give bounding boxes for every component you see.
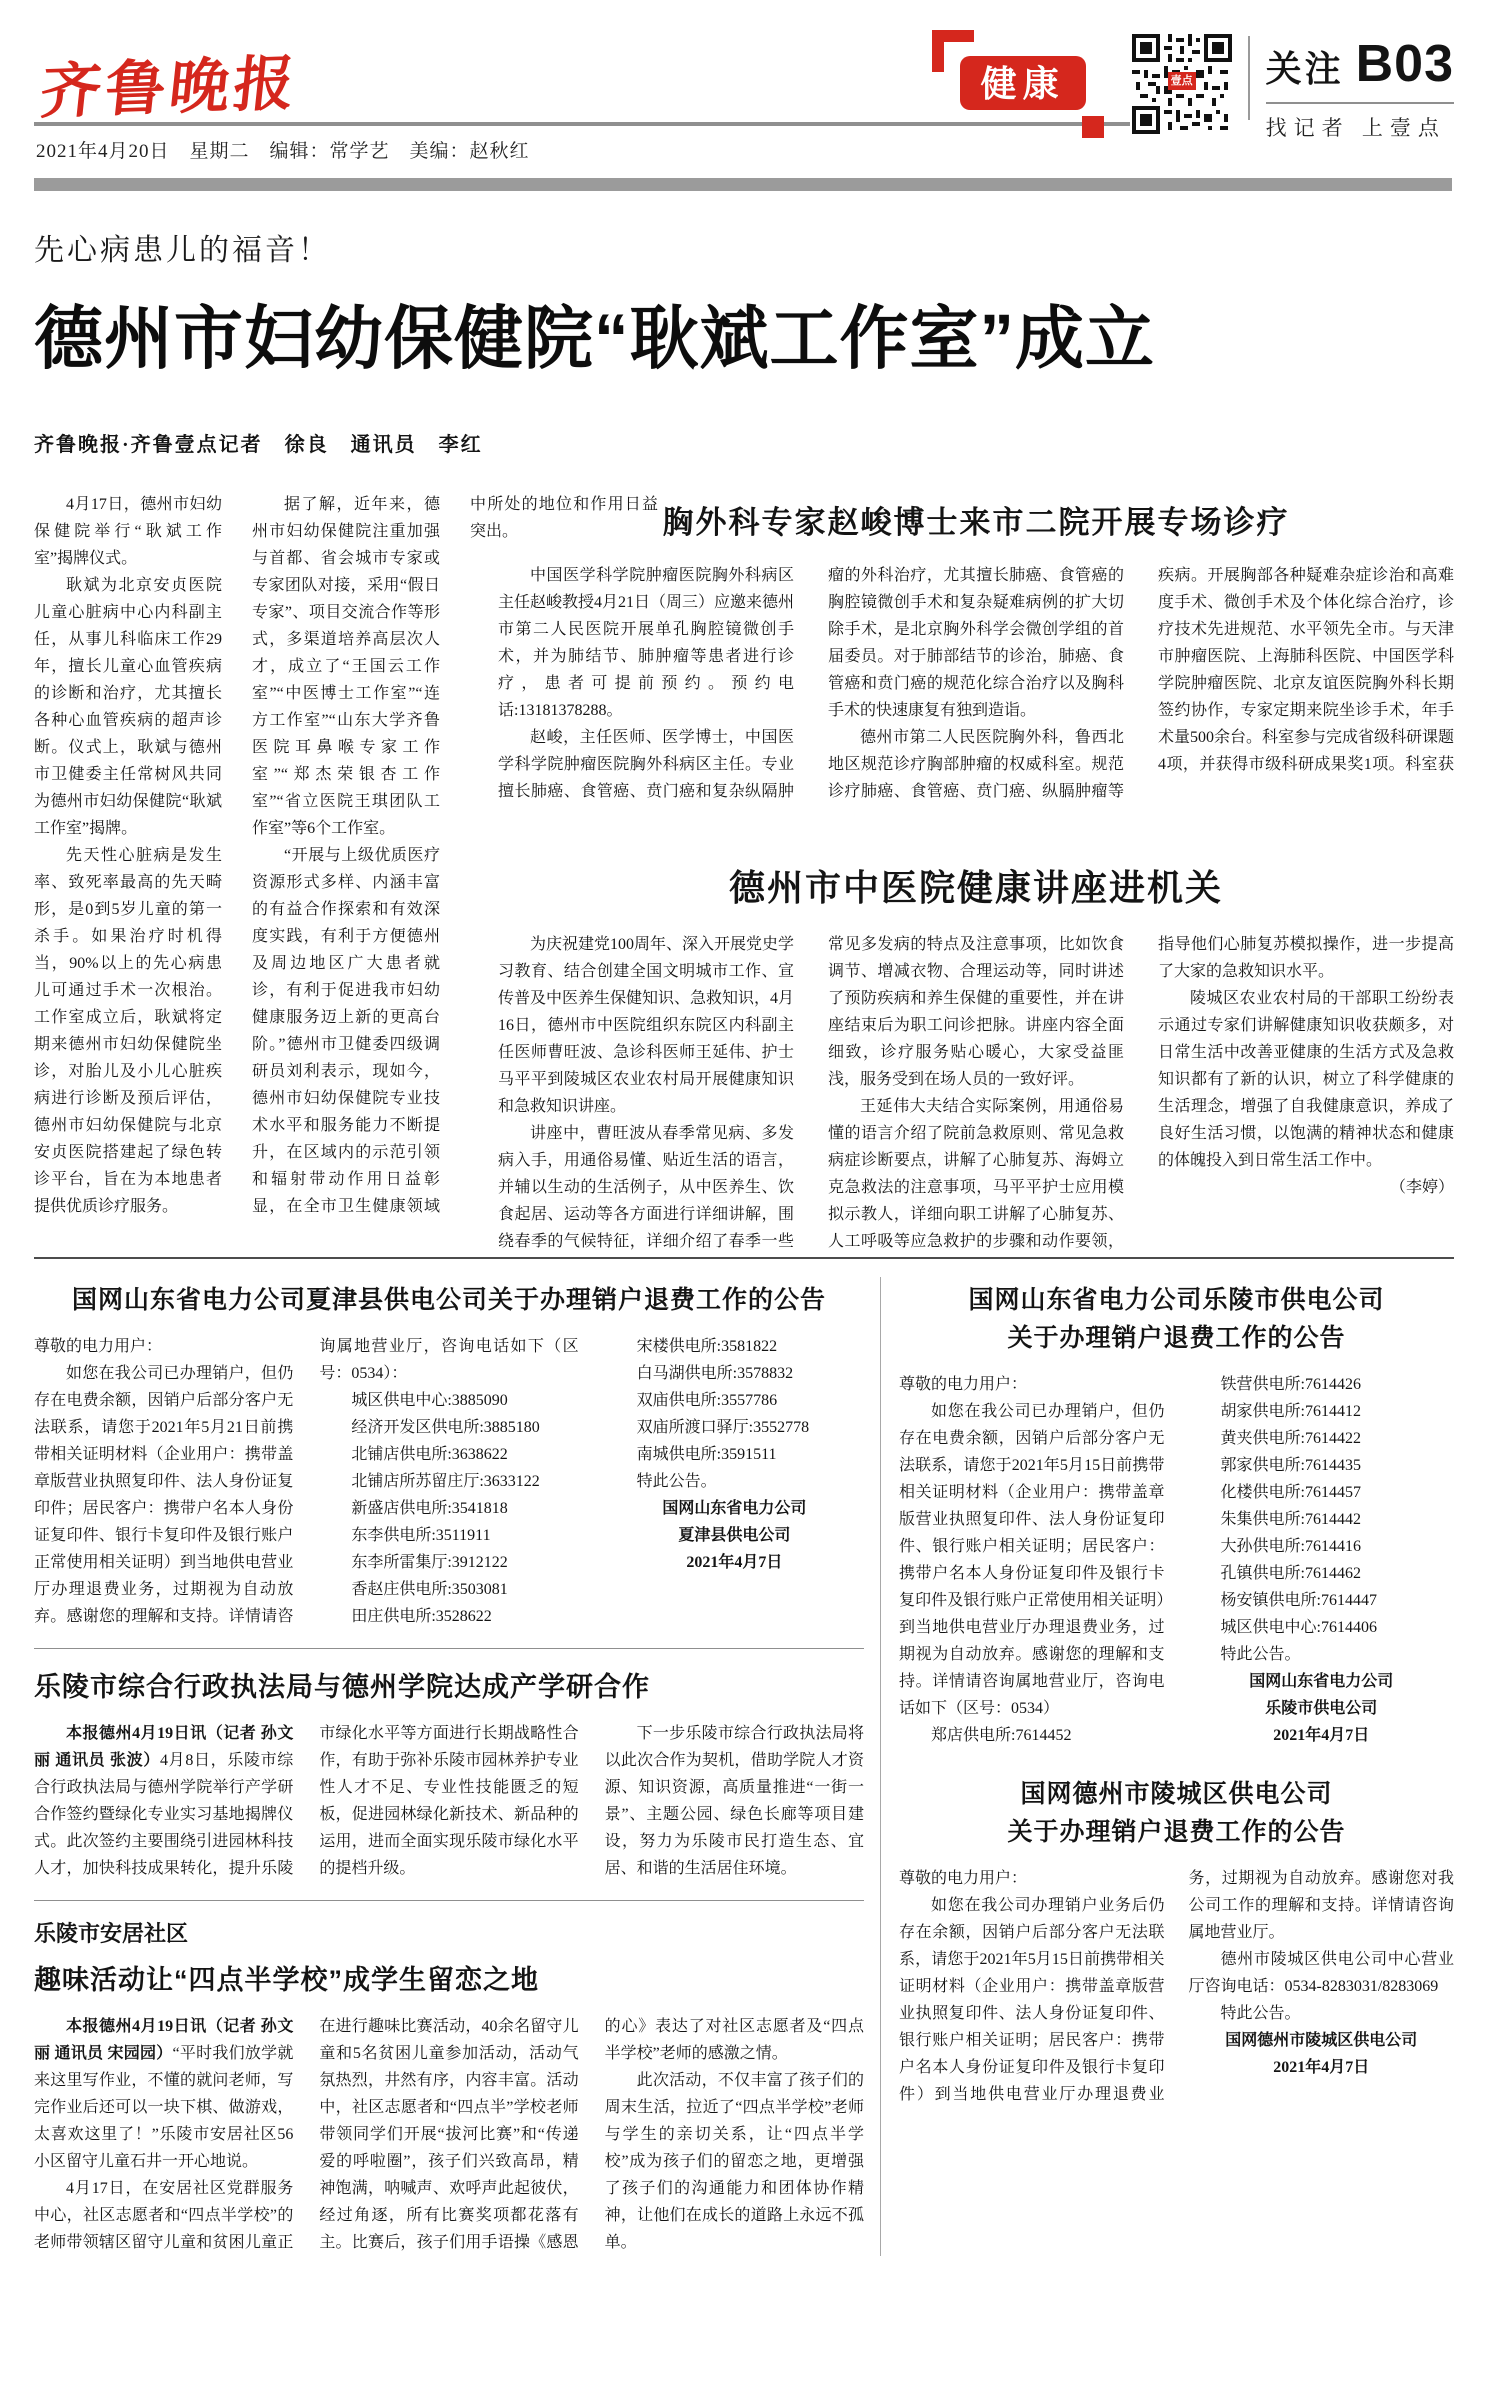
signature-date: 2021年4月7日 — [1189, 2054, 1455, 2081]
header-band — [34, 178, 1452, 191]
phone-line: 郭家供电所:7614435 — [1189, 1452, 1455, 1479]
salutation: 尊敬的电力用户： — [34, 1333, 293, 1360]
salutation: 尊敬的电力用户： — [899, 1865, 1165, 1892]
notice-leling-title: 国网山东省电力公司乐陵市供电公司 关于办理销户退费工作的公告 — [899, 1281, 1454, 1357]
article-author: （李婷） — [1158, 1174, 1454, 1201]
notice-xiajin-title: 国网山东省电力公司夏津县供电公司关于办理销户退费工作的公告 — [34, 1281, 864, 1319]
notice-contact: 德州市陵城区供电公司中心营业厅咨询电话：0534-8283031/8283069 — [1189, 1946, 1455, 2000]
signature: 夏津县供电公司 — [605, 1522, 864, 1549]
phone-line: 双庙所渡口驿厅:3552778 — [605, 1414, 864, 1441]
phone-line: 孔镇供电所:7614462 — [1189, 1560, 1455, 1587]
notice-xiajin-body: 尊敬的电力用户： 如您在我公司已办理销户，但仍存在电费余额，因销户后部分客户无法… — [34, 1333, 864, 1630]
article-sidianban-title: 趣味活动让“四点半学校”成学生留恋之地 — [34, 1958, 864, 1997]
paragraph: 据了解，近年来，德州市妇幼保健院注重加强与首都、省会城市专家或专家团队对接，采用… — [252, 491, 440, 842]
phone-line: 白马湖供电所:3578832 — [605, 1360, 864, 1387]
article-jiangzuo-title: 德州市中医院健康讲座进机关 — [498, 860, 1454, 911]
phone-line: 胡家供电所:7614412 — [1189, 1398, 1455, 1425]
title-line: 关于办理销户退费工作的公告 — [1007, 1818, 1345, 1846]
salutation: 尊敬的电力用户： — [899, 1371, 1165, 1398]
newspaper-logo: 齐鲁晚报 — [37, 36, 303, 131]
signature-date: 2021年4月7日 — [1189, 1722, 1455, 1749]
article-sidianban-body: 本报德州4月19日讯（记者 孙文丽 通讯员 宋园园）“平时我们放学就来这里写作业… — [34, 2013, 864, 2256]
bottom-right-column: 国网山东省电力公司乐陵市供电公司 关于办理销户退费工作的公告 尊敬的电力用户： … — [881, 1277, 1454, 2256]
qr-code: 壹点 — [1132, 34, 1232, 134]
phone-line: 朱集供电所:7614442 — [1189, 1506, 1455, 1533]
page-info: 关注 B03 找记者 上壹点 — [1266, 30, 1454, 142]
article-zhaojun-title: 胸外科专家赵峻博士来市二院开展专场诊疗 — [498, 497, 1454, 542]
article-chanxueyan-body: 本报德州4月19日讯（记者 孙文丽 通讯员 张波）4月8日，乐陵市综合行政执法局… — [34, 1720, 864, 1882]
phone-line: 郑店供电所:7614452 — [899, 1722, 1165, 1749]
notice-closing: 特此公告。 — [1189, 2000, 1455, 2027]
phone-line: 南城供电所:3591511 — [605, 1441, 864, 1468]
section-badge: 健康 — [960, 56, 1086, 110]
phone-line: 东李所雷集厅:3912122 — [319, 1549, 578, 1576]
paragraph: 4月17日，德州市妇幼保健院举行“耿斌工作室”揭牌仪式。 — [34, 491, 222, 572]
notice-lingcheng: 国网德州市陵城区供电公司 关于办理销户退费工作的公告 尊敬的电力用户： 如您在我… — [899, 1775, 1454, 2108]
phone-line: 经济开发区供电所:3885180 — [319, 1414, 578, 1441]
section-divider — [34, 1900, 864, 1901]
notice-closing: 特此公告。 — [605, 1468, 864, 1495]
paragraph: 下一步乐陵市综合行政执法局将以此次合作为契机，借助学院人才资源、知识资源，高质量… — [605, 1720, 864, 1882]
lead-kicker: 先心病患儿的福音！ — [34, 225, 1454, 269]
dateline: 2021年4月20日 星期二 编辑：常学艺 美编：赵秋红 — [36, 136, 530, 163]
masthead: 齐鲁晚报 2021年4月20日 星期二 编辑：常学艺 美编：赵秋红 健康 — [34, 22, 1454, 174]
paragraph-text: “平时我们放学就来这里写作业，不懂的就问老师，写完作业后还可以一块下棋、做游戏，… — [34, 2045, 293, 2170]
phone-line: 香赵庄供电所:3503081 — [319, 1576, 578, 1603]
notice-lingcheng-title: 国网德州市陵城区供电公司 关于办理销户退费工作的公告 — [899, 1775, 1454, 1851]
newspaper-page: 齐鲁晚报 2021年4月20日 星期二 编辑：常学艺 美编：赵秋红 健康 — [0, 0, 1488, 2284]
article-jiangzuo-body: 为庆祝建党100周年、深入开展党史学习教育、结合创建全国文明城市工作、宣传普及中… — [498, 931, 1454, 1275]
secondary-articles: 胸外科专家赵峻博士来市二院开展专场诊疗 中国医学科学院肿瘤医院胸外科病区主任赵峻… — [440, 491, 1454, 1239]
byline: 齐鲁晚报·齐鲁壹点记者 徐良 通讯员 李红 — [34, 428, 1454, 457]
masthead-right: 健康 — [932, 30, 1454, 142]
main-headline: 德州市妇幼保健院“耿斌工作室”成立 — [34, 283, 1454, 382]
notice-leling: 国网山东省电力公司乐陵市供电公司 关于办理销户退费工作的公告 尊敬的电力用户： … — [899, 1281, 1454, 1749]
phone-line: 黄夹供电所:7614422 — [1189, 1425, 1455, 1452]
corner-square-icon — [1082, 116, 1104, 138]
phone-line: 城区供电中心:3885090 — [319, 1387, 578, 1414]
qr-center-label: 壹点 — [1168, 72, 1196, 90]
phone-line: 大孙供电所:7614416 — [1189, 1533, 1455, 1560]
phone-line: 双庙供电所:3557786 — [605, 1387, 864, 1414]
title-line: 关于办理销户退费工作的公告 — [1007, 1324, 1345, 1352]
phone-line: 北铺店所苏留庄厅:3633122 — [319, 1468, 578, 1495]
bottom-area: 国网山东省电力公司夏津县供电公司关于办理销户退费工作的公告 尊敬的电力用户： 如… — [34, 1277, 1454, 2256]
paragraph: 此次活动，不仅丰富了孩子们的周末生活，拉近了“四点半学校”老师与学生的亲切关系，… — [605, 2067, 864, 2256]
article-chanxueyan-title: 乐陵市综合行政执法局与德州学院达成产学研合作 — [34, 1665, 864, 1704]
vertical-divider — [1248, 36, 1250, 120]
sidianban-kicker: 乐陵市安居社区 — [34, 1917, 864, 1948]
phone-line: 杨安镇供电所:7614447 — [1189, 1587, 1455, 1614]
paragraph: 中国医学科学院肿瘤医院胸外科病区主任赵峻教授4月21日（周三）应邀来德州市第二人… — [498, 562, 794, 724]
title-line: 国网德州市陵城区供电公司 — [1020, 1780, 1332, 1808]
attention-label: 关注 — [1266, 41, 1344, 92]
phone-line: 田庄供电所:3528622 — [319, 1603, 578, 1630]
section-badge-zone: 健康 — [932, 30, 1128, 140]
signature-date: 2021年4月7日 — [605, 1549, 864, 1576]
section-divider — [34, 1648, 864, 1649]
article-zhaojun-body: 中国医学科学院肿瘤医院胸外科病区主任赵峻教授4月21日（周三）应邀来德州市第二人… — [498, 562, 1454, 820]
bottom-left-column: 国网山东省电力公司夏津县供电公司关于办理销户退费工作的公告 尊敬的电力用户： 如… — [34, 1277, 881, 2256]
phone-line: 北铺店供电所:3638622 — [319, 1441, 578, 1468]
phone-line: 东李供电所:3511911 — [319, 1522, 578, 1549]
paragraph: 为庆祝建党100周年、深入开展党史学习教育、结合创建全国文明城市工作、宣传普及中… — [498, 931, 794, 1120]
phone-line: 铁营供电所:7614426 — [1189, 1371, 1455, 1398]
paragraph: 先天性心脏病是发生率、致死率最高的先天畸形，是0到5岁儿童的第一杀手。如果治疗时… — [34, 842, 222, 1220]
paragraph: 陵城区农业农村局的干部职工纷纷表示通过专家们讲解健康知识收获颇多，对日常生活中改… — [1158, 985, 1454, 1174]
top-story-area: 4月17日，德州市妇幼保健院举行“耿斌工作室”揭牌仪式。 耿斌为北京安贞医院儿童… — [34, 491, 1454, 1239]
phone-line: 新盛店供电所:3541818 — [319, 1495, 578, 1522]
signature: 国网德州市陵城区供电公司 — [1189, 2027, 1455, 2054]
paragraph: 本报德州4月19日讯（记者 孙文丽 通讯员 张波）4月8日，乐陵市综合行政执法局… — [34, 1720, 579, 1882]
notice-leling-body: 尊敬的电力用户： 如您在我公司已办理销户，但仍存在电费余额，因销户后部分客户无法… — [899, 1371, 1454, 1749]
page-number: B03 — [1356, 34, 1454, 94]
signature: 国网山东省电力公司 — [1189, 1668, 1455, 1695]
phone-line: 宋楼供电所:3581822 — [605, 1333, 864, 1360]
notice-closing: 特此公告。 — [1189, 1641, 1455, 1668]
notice-lingcheng-body: 尊敬的电力用户： 如您在我公司办理销户业务后仍存在余额，因销户后部分客户无法联系… — [899, 1865, 1454, 2108]
lead-article-body: 4月17日，德州市妇幼保健院举行“耿斌工作室”揭牌仪式。 耿斌为北京安贞医院儿童… — [34, 491, 440, 1239]
title-line: 国网山东省电力公司乐陵市供电公司 — [968, 1286, 1384, 1314]
signature: 乐陵市供电公司 — [1189, 1695, 1455, 1722]
notice-text: 如您在我公司已办理销户，但仍存在电费余额，因销户后部分客户无法联系，请您于202… — [899, 1398, 1165, 1722]
phone-line: 城区供电中心:7614406 — [1189, 1614, 1455, 1641]
paragraph: 本报德州4月19日讯（记者 孙文丽 通讯员 宋园园）“平时我们放学就来这里写作业… — [34, 2013, 293, 2175]
phone-line: 化楼供电所:7614457 — [1189, 1479, 1455, 1506]
paragraph: 耿斌为北京安贞医院儿童心脏病中心内科副主任，从事儿科临床工作29年，擅长儿童心血… — [34, 572, 222, 842]
slogan: 找记者 上壹点 — [1266, 102, 1454, 142]
signature: 国网山东省电力公司 — [605, 1495, 864, 1522]
paragraph-text: 4月8日，乐陵市综合行政执法局与德州学院举行产学研合作签约暨绿化专业实习基地揭牌… — [34, 1725, 579, 1877]
